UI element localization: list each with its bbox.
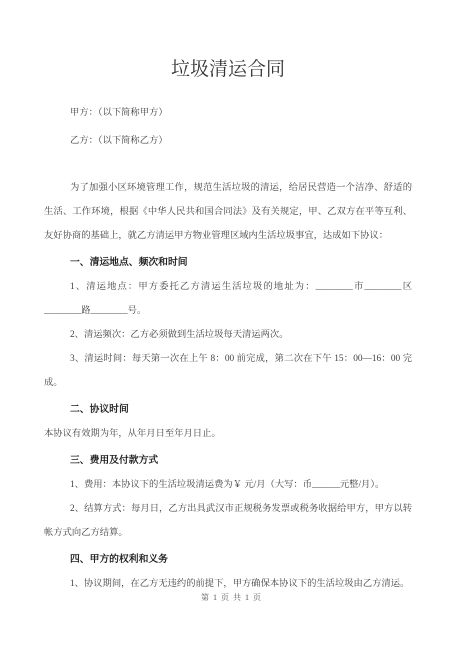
section-2-heading: 二、协议时间 <box>44 398 412 422</box>
section-3-heading: 三、费用及付款方式 <box>44 449 412 473</box>
preamble-paragraph: 为了加强小区环境管理工作，规范生活垃圾的清运，给居民营造一个洁净、舒适的生活、工… <box>44 176 412 248</box>
section-4-heading: 四、甲方的权利和义务 <box>44 548 412 572</box>
section-2-clause-1: 本协议有效期为年，从年月日至年月日止。 <box>44 422 412 446</box>
party-a-line: 甲方：（以下简称甲方） <box>44 99 412 127</box>
contract-document-page: 垃圾清运合同 甲方：（以下简称甲方） 乙方：（以下简称乙方） 为了加强小区环境管… <box>0 0 463 655</box>
section-1-clause-2: 2、清运频次：乙方必须做到生活垃圾每天清运两次。 <box>44 323 412 347</box>
page-number-footer: 第 1 页 共 1 页 <box>0 592 463 603</box>
document-title: 垃圾清运合同 <box>44 56 412 84</box>
section-1-clause-3: 3、清运时间：每天第一次在上午 8：00 前完成，第二次在下午 15：00—16… <box>44 347 412 395</box>
section-3-clause-1: 1、费用：本协议下的生活垃圾清运费为￥ 元/月（大写：币______元整/月）。 <box>44 473 412 497</box>
party-b-line: 乙方：（以下简称乙方） <box>44 127 412 155</box>
section-1-heading: 一、清运地点、频次和时间 <box>44 251 412 275</box>
section-3-clause-2: 2、结算方式：每月日，乙方出具武汉市正规税务发票或税务收据给甲方，甲方以转帐方式… <box>44 497 412 545</box>
section-1-clause-1: 1、清运地点：甲方委托乙方清运生活垃圾的地址为：________市_______… <box>44 275 412 323</box>
